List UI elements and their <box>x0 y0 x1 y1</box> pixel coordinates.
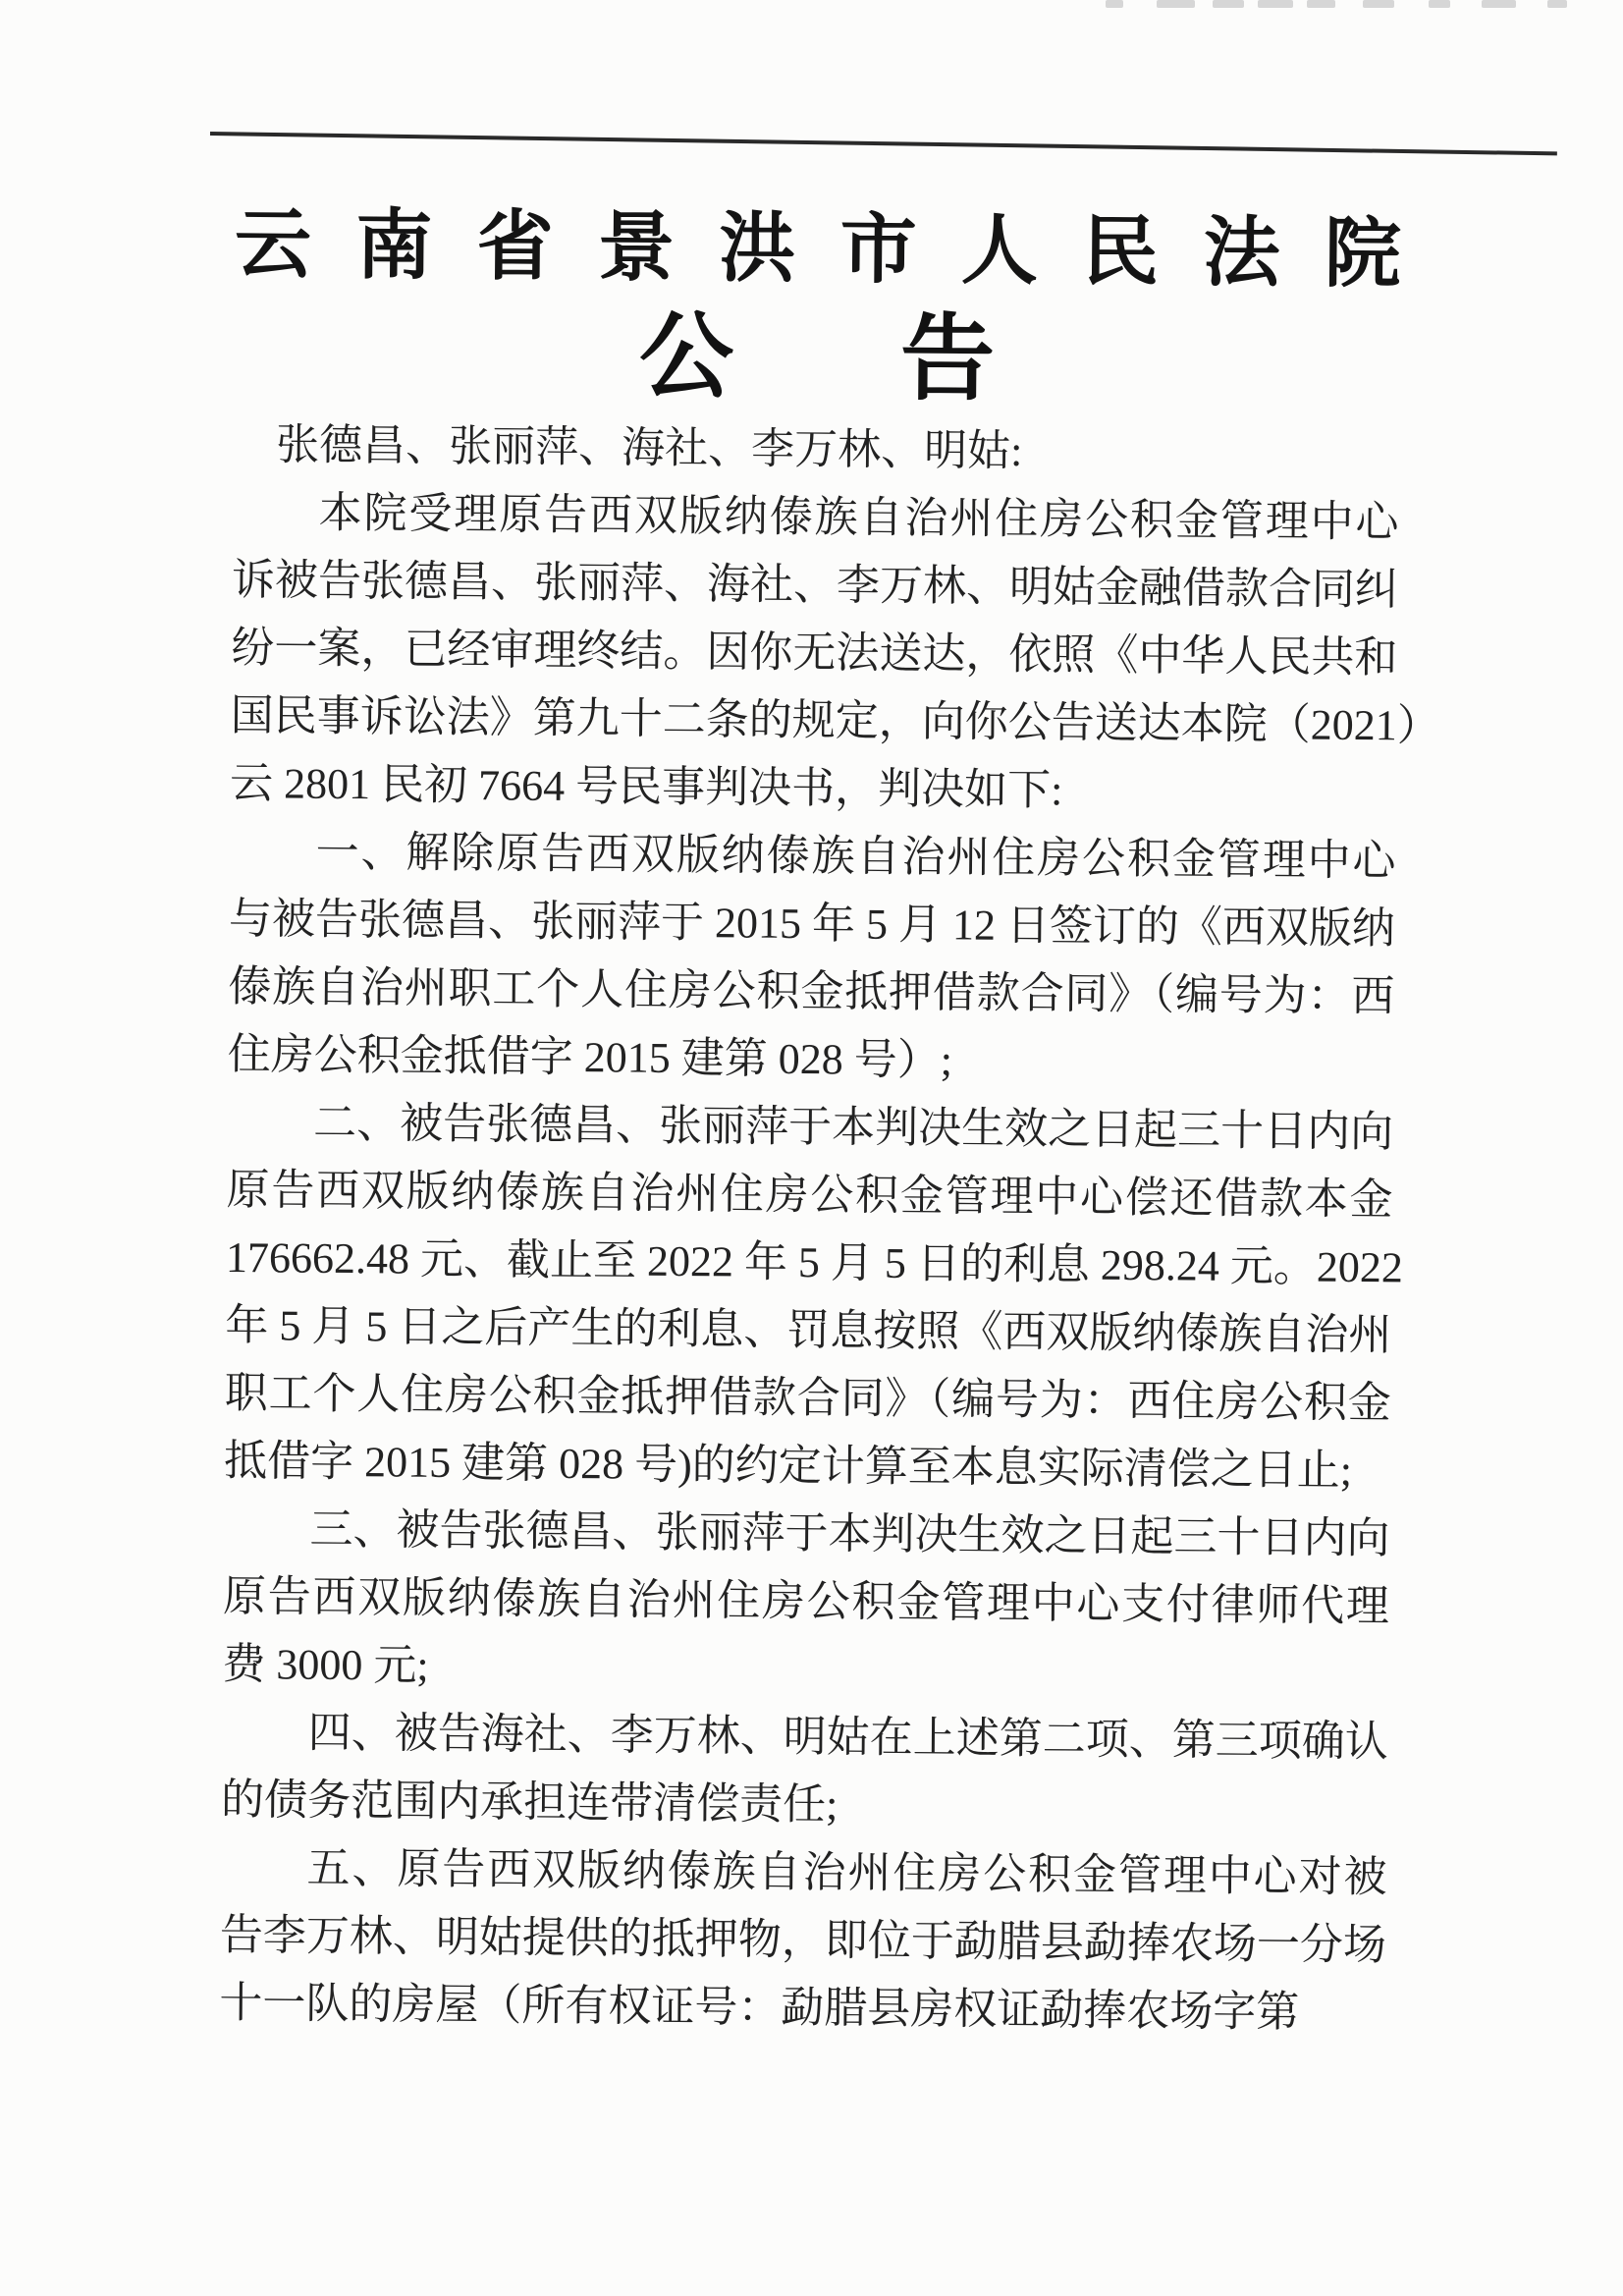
text-line: 本院受理原告西双版纳傣族自治州住房公积金管理中心 <box>232 478 1399 556</box>
text-line: 住房公积金抵借字 2015 建第 028 号）; <box>227 1020 1394 1098</box>
scan-artifact <box>1213 0 1244 8</box>
text-line: 三、被告张德昌、张丽萍于本判决生效之日起三十日内向 <box>223 1495 1390 1572</box>
scan-artifact <box>1429 0 1450 8</box>
announcement-heading: 公 告 <box>234 306 1401 410</box>
scan-artifact <box>1363 0 1394 8</box>
text-line: 抵借字 2015 建第 028 号)的约定计算至本息实际清偿之日止; <box>224 1427 1391 1504</box>
text-line: 五、原告西双版纳傣族自治州住房公积金管理中心对被 <box>220 1833 1387 1911</box>
scan-artifact <box>1307 0 1335 8</box>
scan-artifact <box>1482 0 1516 8</box>
announcement-heading-char: 公 <box>639 309 734 405</box>
text-line: 二、被告张德昌、张丽萍于本判决生效之日起三十日内向 <box>227 1088 1394 1166</box>
text-line: 费 3000 元; <box>222 1630 1389 1708</box>
text-line: 张德昌、张丽萍、海社、李万林、明姑: <box>233 410 1400 488</box>
announcement-heading-char: 告 <box>900 312 996 408</box>
text-line: 原告西双版纳傣族自治州住房公积金管理中心支付律师代理 <box>223 1562 1390 1640</box>
text-line: 诉被告张德昌、张丽萍、海社、李万林、明姑金融借款合同纠 <box>232 546 1399 624</box>
text-line: 告李万林、明姑提供的抵押物，即位于勐腊县勐捧农场一分场 <box>220 1901 1387 1979</box>
text-line: 的债务范围内承担连带清偿责任; <box>221 1766 1388 1843</box>
text-line: 职工个人住房公积金抵押借款合同》（编号为：西住房公积金 <box>224 1359 1391 1437</box>
scanned-court-announcement-page: 云南省景洪市人民法院 公 告 张德昌、张丽萍、海社、李万林、明姑:本院受理原告西… <box>0 0 1623 2296</box>
court-name-title: 云南省景洪市人民法院 <box>235 204 1402 295</box>
text-line: 十一队的房屋（所有权证号：勐腊县房权证勐捧农场字第 <box>219 1969 1386 2047</box>
scan-artifact <box>1157 0 1195 8</box>
text-line: 四、被告海社、李万林、明姑在上述第二项、第三项确认 <box>221 1698 1388 1776</box>
text-line: 年 5 月 5 日之后产生的利息、罚息按照《西双版纳傣族自治州 <box>225 1291 1392 1369</box>
text-line: 176662.48 元、截止至 2022 年 5 月 5 日的利息 298.24… <box>226 1224 1393 1301</box>
text-line: 原告西双版纳傣族自治州住房公积金管理中心偿还借款本金 <box>226 1156 1393 1233</box>
text-line: 纷一案，已经审理终结。因你无法送达，依照《中华人民共和 <box>231 614 1398 691</box>
text-line: 国民事诉讼法》第九十二条的规定，向你公告送达本院（2021） <box>230 682 1397 759</box>
text-line: 傣族自治州职工个人住房公积金抵押借款合同》（编号为：西 <box>228 953 1395 1030</box>
text-line: 一、解除原告西双版纳傣族自治州住房公积金管理中心 <box>229 817 1396 895</box>
text-line: 与被告张德昌、张丽萍于 2015 年 5 月 12 日签订的《西双版纳 <box>229 885 1396 962</box>
body-text: 张德昌、张丽萍、海社、李万林、明姑:本院受理原告西双版纳傣族自治州住房公积金管理… <box>219 410 1399 2047</box>
scan-artifact <box>1547 0 1567 8</box>
scan-artifact <box>1258 0 1293 8</box>
scan-artifact <box>1106 0 1123 8</box>
document-content: 云南省景洪市人民法院 公 告 张德昌、张丽萍、海社、李万林、明姑:本院受理原告西… <box>219 128 1402 2047</box>
text-line: 云 2801 民初 7664 号民事判决书，判决如下: <box>230 749 1397 827</box>
